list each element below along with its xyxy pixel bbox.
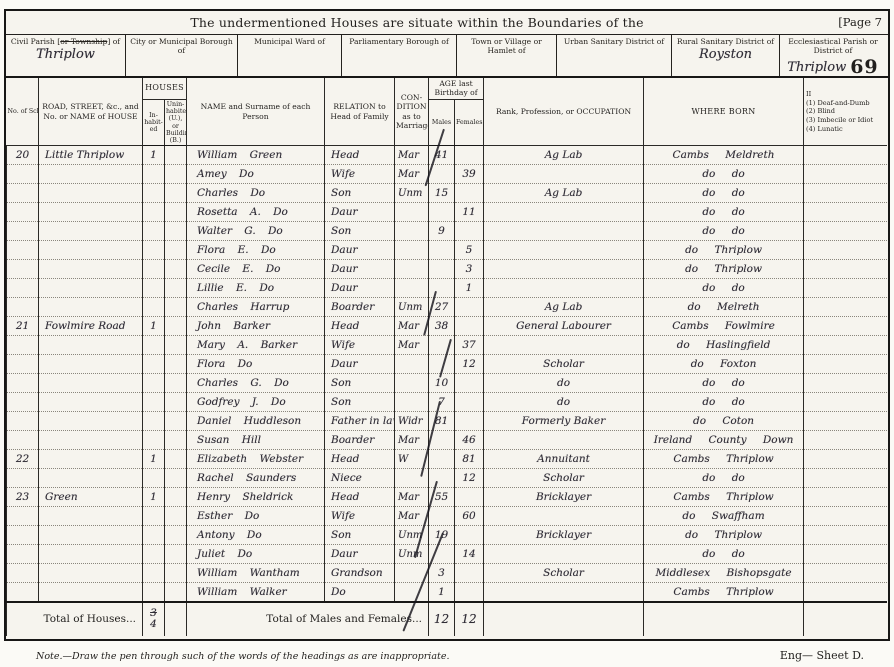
cell-occupation: Bricklayer — [484, 526, 644, 545]
cell-infirmity — [804, 450, 887, 469]
cell-occupation — [484, 203, 644, 222]
cell-relation: Son — [325, 526, 395, 545]
cell-uninhabited — [165, 412, 187, 431]
cell-born: do Foxton — [644, 355, 804, 374]
cell-inhabited — [143, 222, 165, 241]
cell-inhabited — [143, 412, 165, 431]
cell-age-female: 81 — [455, 450, 484, 469]
cell-road — [39, 165, 143, 184]
cell-schedule — [7, 431, 39, 450]
cell-inhabited — [143, 374, 165, 393]
cell-age-female — [455, 222, 484, 241]
cell-infirmity — [804, 279, 887, 298]
cell-inhabited — [143, 298, 165, 317]
cell-uninhabited — [165, 260, 187, 279]
cell-age-female: 12 — [455, 355, 484, 374]
cell-condition — [395, 203, 429, 222]
cell-schedule — [7, 298, 39, 317]
cell-age-female — [455, 526, 484, 545]
cell-road — [39, 203, 143, 222]
cell-age-female — [455, 488, 484, 507]
cell-relation: Boarder — [325, 298, 395, 317]
census-row: Juliet Do Daur Unm 14 do do — [7, 545, 887, 564]
cell-schedule — [7, 184, 39, 203]
sheet-titlebar: The undermentioned Houses are situate wi… — [6, 11, 888, 35]
cell-schedule — [7, 279, 39, 298]
cell-infirmity — [804, 412, 887, 431]
census-row: Amey Do Wife Mar 39 do do — [7, 165, 887, 184]
cell-name: Flora Do — [187, 355, 325, 374]
cell-uninhabited — [165, 146, 187, 165]
cell-name: Juliet Do — [187, 545, 325, 564]
cell-age-female — [455, 317, 484, 336]
cell-road — [39, 355, 143, 374]
cell-schedule — [7, 222, 39, 241]
cell-age-female — [455, 184, 484, 203]
census-row: Antony Do Son Unm 19 Bricklayer do Thrip… — [7, 526, 887, 545]
cell-occupation — [484, 222, 644, 241]
town-village-label: Town or Village or Hamlet of — [459, 37, 554, 56]
cell-relation: Daur — [325, 545, 395, 564]
cell-inhabited: 1 — [143, 146, 165, 165]
census-row: Rachel Saunders Niece 12 Scholar do do — [7, 469, 887, 488]
cell-relation: Son — [325, 374, 395, 393]
census-row: Godfrey J. Do Son 7 do do do — [7, 393, 887, 412]
cell-inhabited — [143, 355, 165, 374]
cell-occupation: do — [484, 374, 644, 393]
municipal-borough-cell: City or Municipal Borough of — [126, 35, 238, 76]
cell-condition: Unm — [395, 298, 429, 317]
cell-age-female: 11 — [455, 203, 484, 222]
col-header-infirmity: II (1) Deaf-and-Dumb (2) Blind (3) Imbec… — [804, 78, 887, 146]
rural-sanitary-cell: Rural Sanitary District of Royston — [672, 35, 780, 76]
cell-relation: Wife — [325, 507, 395, 526]
cell-name: Elizabeth Webster — [187, 450, 325, 469]
cell-schedule — [7, 583, 39, 602]
infirmity-line-3: (3) Imbecile or Idiot — [806, 116, 886, 125]
cell-age-male: 3 — [429, 564, 455, 583]
cell-relation: Son — [325, 222, 395, 241]
col-header-females: Females — [455, 99, 484, 145]
cell-uninhabited — [165, 526, 187, 545]
cell-schedule — [7, 165, 39, 184]
cell-born: do Thriplow — [644, 260, 804, 279]
cell-relation: Daur — [325, 241, 395, 260]
cell-age-female — [455, 393, 484, 412]
cell-uninhabited — [165, 564, 187, 583]
total-houses-value: 3 4 — [143, 602, 165, 636]
cell-age-female — [455, 564, 484, 583]
cell-condition — [395, 279, 429, 298]
infirmity-line-4: (4) Lunatic — [806, 125, 886, 134]
col-header-inhabited: In-habit-ed — [143, 99, 165, 145]
cell-schedule — [7, 507, 39, 526]
total-houses-label: Total of Houses... — [7, 602, 143, 636]
cell-condition: Mar — [395, 488, 429, 507]
totals-empty-born — [644, 602, 804, 636]
cell-road — [39, 583, 143, 602]
col-header-name: NAME and Surname of each Person — [187, 78, 325, 146]
cell-name: Godfrey J. Do — [187, 393, 325, 412]
cell-schedule — [7, 526, 39, 545]
cell-inhabited — [143, 165, 165, 184]
municipal-borough-label: City or Municipal Borough of — [128, 37, 235, 56]
cell-occupation: Bricklayer — [484, 488, 644, 507]
cell-name: William Wantham — [187, 564, 325, 583]
census-row: William Wantham Grandson 3 Scholar Middl… — [7, 564, 887, 583]
cell-name: Esther Do — [187, 507, 325, 526]
cell-inhabited — [143, 393, 165, 412]
cell-age-male: 1 — [429, 583, 455, 602]
cell-relation: Son — [325, 184, 395, 203]
cell-infirmity — [804, 583, 887, 602]
cell-infirmity — [804, 165, 887, 184]
census-sheet: The undermentioned Houses are situate wi… — [4, 9, 890, 641]
cell-born: do Coton — [644, 412, 804, 431]
cell-schedule: 22 — [7, 450, 39, 469]
cell-born: do do — [644, 374, 804, 393]
col-header-houses: HOUSES — [143, 78, 187, 99]
cell-road — [39, 545, 143, 564]
cell-schedule — [7, 393, 39, 412]
cell-condition — [395, 355, 429, 374]
cell-condition: Mar — [395, 146, 429, 165]
cell-relation: Father in law — [325, 412, 395, 431]
cell-inhabited — [143, 507, 165, 526]
cell-infirmity — [804, 298, 887, 317]
cell-uninhabited — [165, 165, 187, 184]
cell-age-male: 15 — [429, 184, 455, 203]
cell-infirmity — [804, 241, 887, 260]
cell-occupation: do — [484, 393, 644, 412]
cell-inhabited: 1 — [143, 317, 165, 336]
cell-occupation: Annuitant — [484, 450, 644, 469]
cell-relation: Head — [325, 317, 395, 336]
cell-born: do do — [644, 393, 804, 412]
cell-occupation — [484, 545, 644, 564]
cell-age-male — [429, 260, 455, 279]
cell-infirmity — [804, 469, 887, 488]
cell-name: Flora E. Do — [187, 241, 325, 260]
cell-inhabited — [143, 583, 165, 602]
cell-name: Daniel Huddleson — [187, 412, 325, 431]
census-row: Lillie E. Do Daur 1 do do — [7, 279, 887, 298]
parliamentary-borough-cell: Parliamentary Borough of — [342, 35, 457, 76]
cell-name: Susan Hill — [187, 431, 325, 450]
cell-occupation: Ag Lab — [484, 184, 644, 203]
census-row: Charles G. Do Son 10 do do do — [7, 374, 887, 393]
cell-infirmity — [804, 564, 887, 583]
cell-born: do do — [644, 184, 804, 203]
page-number-label: [Page 7 — [838, 15, 882, 29]
cell-born: do do — [644, 469, 804, 488]
cell-schedule — [7, 336, 39, 355]
rural-sanitary-value: Royston — [699, 47, 752, 62]
total-males-value: 12 — [429, 602, 455, 636]
cell-inhabited: 1 — [143, 488, 165, 507]
cell-age-male — [429, 450, 455, 469]
cell-age-female — [455, 374, 484, 393]
cell-born: do do — [644, 222, 804, 241]
cell-infirmity — [804, 431, 887, 450]
cell-born: Middlesex Bishopsgate — [644, 564, 804, 583]
cell-infirmity — [804, 545, 887, 564]
census-table-totals: Total of Houses... 3 4 Total of Males an… — [7, 602, 887, 636]
ecclesiastical-parish-label: Ecclesiastical Parish or District of — [782, 37, 884, 56]
cell-condition: Mar — [395, 431, 429, 450]
cell-condition — [395, 374, 429, 393]
census-row: Esther Do Wife Mar 60 do Swaffham — [7, 507, 887, 526]
cell-name: William Green — [187, 146, 325, 165]
total-houses-new: 4 — [150, 618, 157, 630]
col-header-schedule: No. of Schedule — [7, 78, 39, 146]
census-row: 20 Little Thriplow 1 William Green Head … — [7, 146, 887, 165]
cell-age-female: 3 — [455, 260, 484, 279]
cell-road — [39, 241, 143, 260]
cell-condition — [395, 222, 429, 241]
col-header-born: WHERE BORN — [644, 78, 804, 146]
cell-name: Lillie E. Do — [187, 279, 325, 298]
cell-inhabited — [143, 564, 165, 583]
census-row: William Walker Do 1 Cambs Thriplow — [7, 583, 887, 602]
cell-infirmity — [804, 488, 887, 507]
urban-sanitary-cell: Urban Sanitary District of — [557, 35, 672, 76]
cell-occupation: General Labourer — [484, 317, 644, 336]
cell-schedule — [7, 241, 39, 260]
census-row: Flora E. Do Daur 5 do Thriplow — [7, 241, 887, 260]
cell-relation: Daur — [325, 279, 395, 298]
cell-age-female: 37 — [455, 336, 484, 355]
cell-occupation — [484, 507, 644, 526]
cell-born: do Melreth — [644, 298, 804, 317]
district-number: 69 — [850, 56, 878, 76]
cell-schedule — [7, 469, 39, 488]
cell-inhabited — [143, 241, 165, 260]
cell-occupation — [484, 165, 644, 184]
infirmity-line-1: (1) Deaf-and-Dumb — [806, 99, 886, 108]
cell-uninhabited — [165, 431, 187, 450]
cell-age-male — [429, 279, 455, 298]
cell-schedule — [7, 564, 39, 583]
cell-age-female: 39 — [455, 165, 484, 184]
civil-parish-value: Thriplow — [36, 47, 95, 62]
cell-infirmity — [804, 184, 887, 203]
cell-condition: Widr — [395, 412, 429, 431]
cell-age-male — [429, 469, 455, 488]
totals-empty-infirmity — [804, 602, 887, 636]
cell-inhabited — [143, 526, 165, 545]
cell-condition — [395, 393, 429, 412]
total-females-value: 12 — [455, 602, 484, 636]
cell-name: Rosetta A. Do — [187, 203, 325, 222]
cell-road — [39, 374, 143, 393]
cell-schedule — [7, 545, 39, 564]
cell-born: do Swaffham — [644, 507, 804, 526]
cell-relation: Daur — [325, 203, 395, 222]
cell-uninhabited — [165, 184, 187, 203]
cell-age-male: 7 — [429, 393, 455, 412]
cell-born: do do — [644, 203, 804, 222]
cell-road — [39, 222, 143, 241]
cell-inhabited — [143, 545, 165, 564]
cell-occupation — [484, 241, 644, 260]
cell-occupation: Ag Lab — [484, 298, 644, 317]
urban-sanitary-label: Urban Sanitary District of — [564, 37, 664, 46]
cell-condition — [395, 260, 429, 279]
cell-relation: Niece — [325, 469, 395, 488]
cell-road — [39, 260, 143, 279]
cell-occupation: Scholar — [484, 355, 644, 374]
cell-relation: Daur — [325, 355, 395, 374]
cell-infirmity — [804, 355, 887, 374]
cell-road — [39, 526, 143, 545]
parliamentary-borough-label: Parliamentary Borough of — [349, 37, 449, 46]
civil-parish-label: Civil Parish [or Township] of — [11, 37, 120, 46]
cell-relation: Head — [325, 450, 395, 469]
census-row: Walter G. Do Son 9 do do — [7, 222, 887, 241]
cell-infirmity — [804, 260, 887, 279]
cell-age-female: 12 — [455, 469, 484, 488]
cell-uninhabited — [165, 298, 187, 317]
cell-relation: Head — [325, 146, 395, 165]
cell-schedule — [7, 355, 39, 374]
cell-schedule — [7, 412, 39, 431]
cell-relation: Do — [325, 583, 395, 602]
cell-schedule: 20 — [7, 146, 39, 165]
cell-occupation — [484, 431, 644, 450]
cell-born: Cambs Thriplow — [644, 450, 804, 469]
cell-age-female — [455, 146, 484, 165]
cell-road: Green — [39, 488, 143, 507]
cell-road — [39, 431, 143, 450]
census-row: 22 1 Elizabeth Webster Head W 81 Annuita… — [7, 450, 887, 469]
cell-occupation — [484, 336, 644, 355]
cell-name: Rachel Saunders — [187, 469, 325, 488]
cell-age-female — [455, 298, 484, 317]
cell-uninhabited — [165, 545, 187, 564]
sheet-label: Eng— Sheet D. — [780, 649, 864, 662]
cell-infirmity — [804, 203, 887, 222]
cell-uninhabited — [165, 374, 187, 393]
cell-road — [39, 412, 143, 431]
cell-relation: Wife — [325, 336, 395, 355]
cell-inhabited — [143, 260, 165, 279]
cell-name: William Walker — [187, 583, 325, 602]
cell-age-male: 9 — [429, 222, 455, 241]
cell-road — [39, 393, 143, 412]
col-header-occupation: Rank, Profession, or OCCUPATION — [484, 78, 644, 146]
cell-condition — [395, 469, 429, 488]
cell-condition: Mar — [395, 165, 429, 184]
census-table-header: No. of Schedule ROAD, STREET, &c., and N… — [7, 78, 887, 146]
cell-occupation: Ag Lab — [484, 146, 644, 165]
census-table-body: 20 Little Thriplow 1 William Green Head … — [7, 146, 887, 602]
cell-age-female — [455, 412, 484, 431]
cell-infirmity — [804, 507, 887, 526]
infirmity-roman: II — [806, 90, 886, 99]
cell-uninhabited — [165, 450, 187, 469]
cell-uninhabited — [165, 317, 187, 336]
cell-name: Charles Do — [187, 184, 325, 203]
cell-relation: Grandson — [325, 564, 395, 583]
cell-born: do Haslingfield — [644, 336, 804, 355]
cell-infirmity — [804, 146, 887, 165]
cell-relation: Boarder — [325, 431, 395, 450]
cell-age-female: 1 — [455, 279, 484, 298]
cell-infirmity — [804, 526, 887, 545]
cell-inhabited — [143, 431, 165, 450]
total-males-females-label: Total of Males and Females... — [187, 602, 429, 636]
cell-uninhabited — [165, 279, 187, 298]
cell-born: Cambs Thriplow — [644, 583, 804, 602]
cell-born: Ireland County Down — [644, 431, 804, 450]
cell-inhabited — [143, 336, 165, 355]
cell-infirmity — [804, 222, 887, 241]
totals-empty-occupation — [484, 602, 644, 636]
cell-road — [39, 564, 143, 583]
cell-schedule: 23 — [7, 488, 39, 507]
total-houses-spacer — [165, 602, 187, 636]
cell-born: Cambs Thriplow — [644, 488, 804, 507]
cell-age-female: 14 — [455, 545, 484, 564]
civil-parish-label-struck: or Township — [60, 37, 107, 46]
cell-road — [39, 279, 143, 298]
census-row: Charles Harrup Boarder Unm 27 Ag Lab do … — [7, 298, 887, 317]
cell-condition: Mar — [395, 336, 429, 355]
cell-road: Little Thriplow — [39, 146, 143, 165]
cell-born: Cambs Meldreth — [644, 146, 804, 165]
cell-condition: Unm — [395, 545, 429, 564]
cell-condition: Unm — [395, 184, 429, 203]
census-row: 21 Fowlmire Road 1 John Barker Head Mar … — [7, 317, 887, 336]
cell-infirmity — [804, 374, 887, 393]
ecclesiastical-parish-value: Thriplow — [787, 60, 846, 75]
census-row: Rosetta A. Do Daur 11 do do — [7, 203, 887, 222]
cell-condition — [395, 583, 429, 602]
civil-parish-cell: Civil Parish [or Township] of Thriplow — [6, 35, 126, 76]
cell-age-male: 10 — [429, 374, 455, 393]
location-header: Civil Parish [or Township] of Thriplow C… — [6, 35, 888, 78]
cell-name: Charles G. Do — [187, 374, 325, 393]
cell-occupation — [484, 260, 644, 279]
infirmity-line-2: (2) Blind — [806, 107, 886, 116]
cell-born: do do — [644, 165, 804, 184]
col-header-relation: RELATION to Head of Family — [325, 78, 395, 146]
cell-road — [39, 298, 143, 317]
census-row: 23 Green 1 Henry Sheldrick Head Mar 55 B… — [7, 488, 887, 507]
cell-schedule — [7, 203, 39, 222]
cell-uninhabited — [165, 203, 187, 222]
cell-name: Antony Do — [187, 526, 325, 545]
municipal-ward-label: Municipal Ward of — [254, 37, 325, 46]
cell-schedule — [7, 374, 39, 393]
cell-inhabited — [143, 469, 165, 488]
cell-uninhabited — [165, 355, 187, 374]
cell-road — [39, 450, 143, 469]
cell-inhabited: 1 — [143, 450, 165, 469]
cell-inhabited — [143, 184, 165, 203]
cell-occupation — [484, 583, 644, 602]
cell-born: Cambs Fowlmire — [644, 317, 804, 336]
cell-uninhabited — [165, 393, 187, 412]
ecclesiastical-parish-cell: Ecclesiastical Parish or District of Thr… — [780, 35, 886, 76]
cell-age-female: 46 — [455, 431, 484, 450]
cell-infirmity — [804, 317, 887, 336]
cell-age-female: 60 — [455, 507, 484, 526]
cell-relation: Son — [325, 393, 395, 412]
cell-road: Fowlmire Road — [39, 317, 143, 336]
rural-sanitary-label: Rural Sanitary District of — [677, 37, 774, 46]
